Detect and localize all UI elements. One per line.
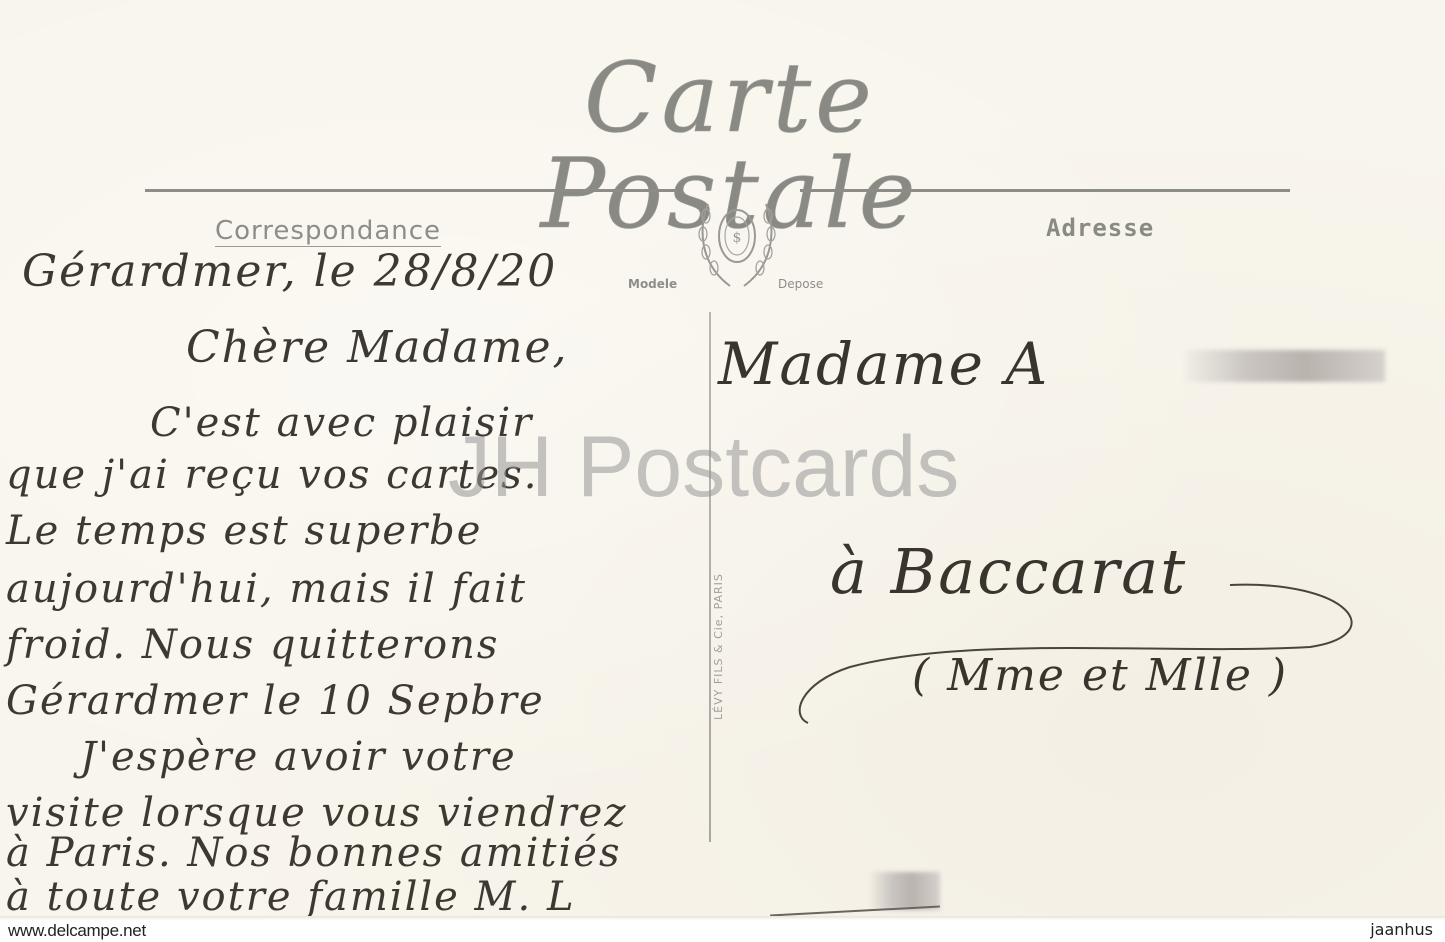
address-line-recipients: ( Mme et Mlle ) — [912, 650, 1288, 701]
redacted-name — [1185, 350, 1385, 382]
postcard-back: Carte Postale Correspondance Adresse $ M… — [0, 0, 1445, 920]
source-site-text: www.delcampe.net — [8, 921, 146, 941]
laurel-emblem-icon: $ — [694, 194, 780, 294]
publisher-imprint: LÉVY FILS & Cie, PARIS — [712, 573, 725, 720]
message-line: J'espère avoir votre — [80, 734, 517, 780]
address-label: Adresse — [1046, 214, 1154, 242]
header-rule-right — [800, 189, 1290, 192]
message-line: à Paris. Nos bonnes amitiés — [6, 830, 621, 876]
message-line-date: Gérardmer, le 28/8/20 — [22, 246, 557, 297]
message-line: Le temps est superbe — [6, 508, 482, 554]
center-divider — [709, 312, 711, 842]
watermark: JH Postcards — [448, 418, 959, 517]
header-rule-left — [145, 189, 678, 192]
message-line-salutation: Chère Madame, — [186, 322, 569, 373]
footer-strip: www.delcampe.net jaanhus — [0, 920, 1445, 942]
message-line: froid. Nous quitterons — [6, 622, 499, 668]
signature-flourish — [770, 906, 940, 917]
emblem-left-text: Modele — [628, 277, 677, 291]
message-line: Gérardmer le 10 Sepbre — [6, 678, 545, 724]
svg-text:$: $ — [733, 230, 742, 246]
correspondence-label: Correspondance — [215, 216, 441, 247]
message-line-signature: à toute votre famille M. L — [6, 874, 576, 920]
redacted-signature — [870, 872, 940, 910]
emblem-right-text: Depose — [778, 277, 823, 291]
message-line: aujourd'hui, mais il fait — [6, 566, 527, 612]
seller-name-text: jaanhus — [1370, 920, 1433, 939]
address-line-name: Madame A — [718, 330, 1049, 398]
